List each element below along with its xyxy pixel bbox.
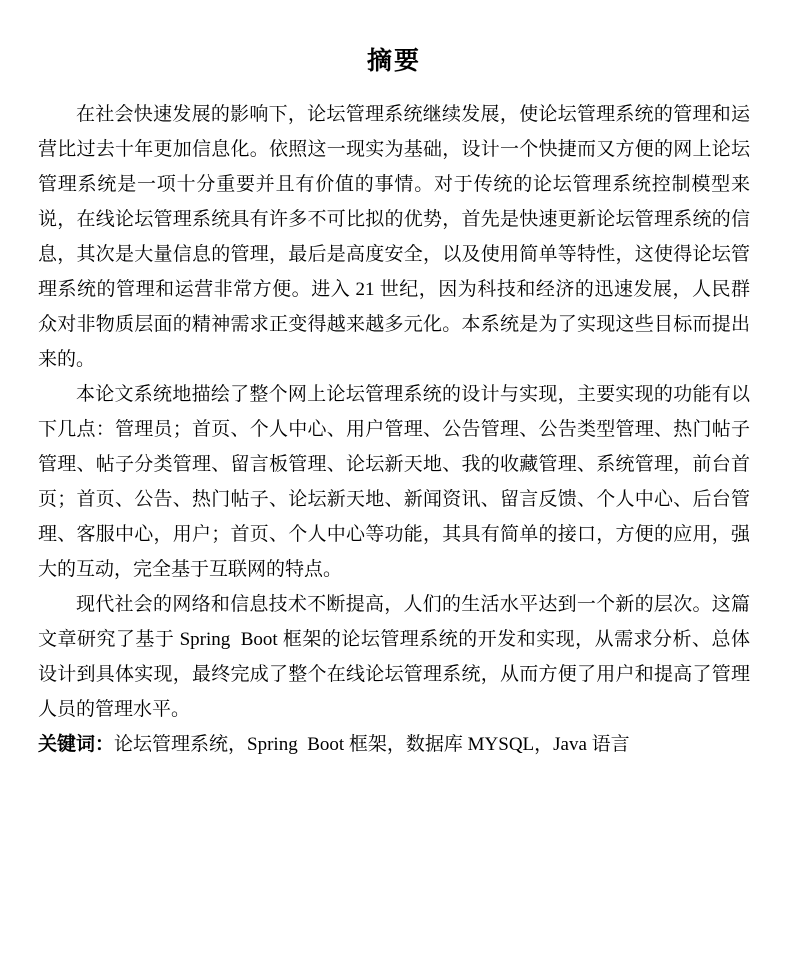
abstract-paragraph-3: 现代社会的网络和信息技术不断提高，人们的生活水平达到一个新的层次。这篇文章研究了… bbox=[38, 587, 750, 727]
keywords-text: 论坛管理系统，Spring Boot 框架，数据库 MYSQL，Java 语言 bbox=[114, 734, 630, 755]
abstract-page: 摘要 在社会快速发展的影响下，论坛管理系统继续发展，使论坛管理系统的管理和运营比… bbox=[0, 0, 788, 974]
keywords-line: 关键词：论坛管理系统，Spring Boot 框架，数据库 MYSQL，Java… bbox=[38, 727, 750, 762]
keywords-label: 关键词： bbox=[38, 734, 114, 755]
abstract-paragraph-1: 在社会快速发展的影响下，论坛管理系统继续发展，使论坛管理系统的管理和运营比过去十… bbox=[38, 97, 750, 377]
abstract-title: 摘要 bbox=[38, 44, 750, 78]
abstract-paragraph-2: 本论文系统地描绘了整个网上论坛管理系统的设计与实现，主要实现的功能有以下几点：管… bbox=[38, 377, 750, 587]
